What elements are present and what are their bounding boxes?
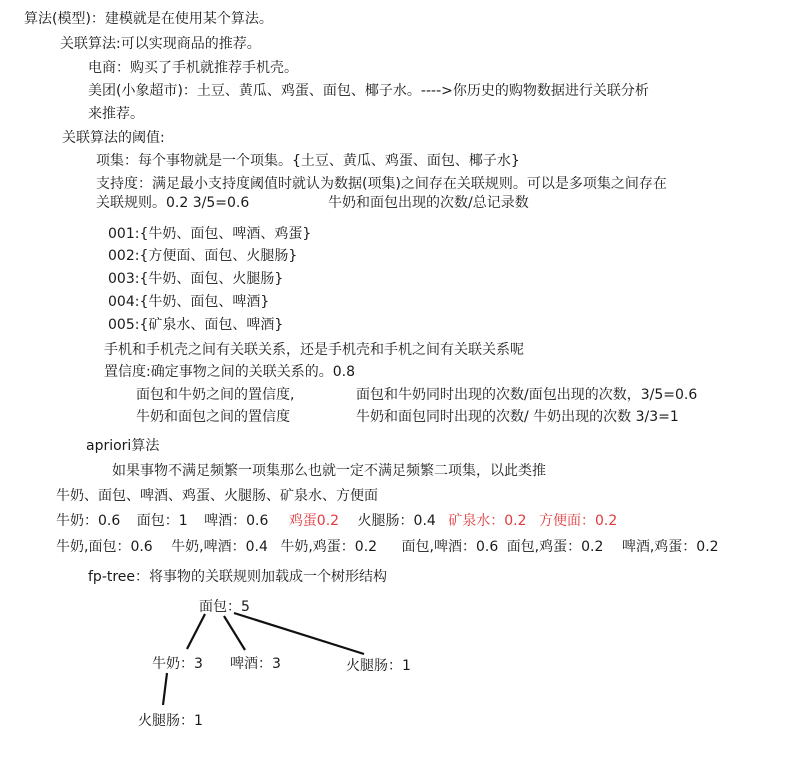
tree-node-ham-under-milk: 火腿肠：1 bbox=[138, 711, 203, 731]
tree-node-milk: 牛奶：3 bbox=[152, 654, 203, 674]
edge-bread-beer bbox=[224, 616, 245, 650]
tree-node-ham: 火腿肠：1 bbox=[346, 656, 411, 676]
edge-bread-ham bbox=[234, 613, 364, 654]
tree-node-root-bread: 面包：5 bbox=[199, 597, 250, 617]
edge-bread-milk bbox=[187, 614, 205, 649]
tree-node-beer: 啤酒：3 bbox=[230, 654, 281, 674]
edge-milk-ham bbox=[163, 673, 167, 705]
